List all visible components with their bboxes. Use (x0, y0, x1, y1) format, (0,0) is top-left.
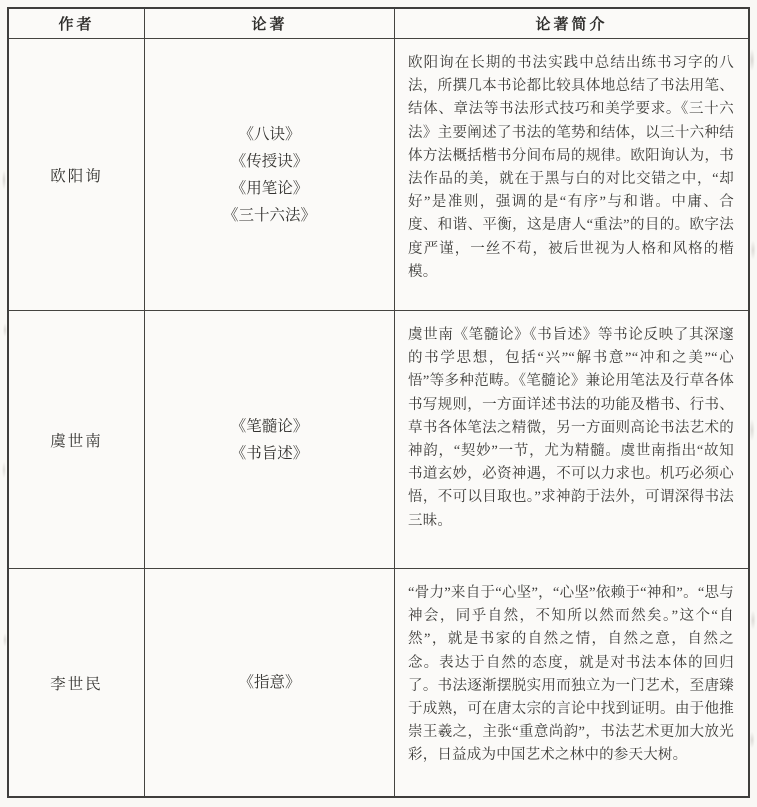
table-row-2-author-cell: 虞世南 (9, 311, 145, 569)
authors-works-table: 作者 论著 论著简介 欧阳询 《八诀》 《传授诀》 《用笔论》 《三十六法》 欧… (7, 7, 750, 798)
intro-text: 欧阳询在长期的书法实践中总结出练书习字的八法，所撰几本书论都比较具体地总结了书法… (408, 55, 734, 280)
work-title: 《三十六法》 (223, 202, 316, 229)
table-row-2-works-cell: 《笔髓论》 《书旨述》 (145, 311, 395, 569)
table-row-3-intro-cell: “骨力”来自于“心坚”，“心坚”依赖于“神和”。“思与神会，同乎自然，不知所以然… (395, 569, 748, 796)
header-works-label: 论著 (251, 13, 287, 34)
author-name: 虞世南 (50, 429, 103, 451)
header-cell-intro: 论著简介 (395, 9, 748, 39)
header-intro-label: 论著简介 (535, 13, 607, 34)
header-cell-works: 论著 (145, 9, 395, 39)
table-row-3-author-cell: 李世民 (9, 569, 145, 796)
work-title: 《书旨述》 (231, 440, 309, 467)
table-row-2-intro-cell: 虞世南《笔髓论》《书旨述》等书论反映了其深邃的书学思想，包括“兴”“解书意”“冲… (395, 311, 748, 569)
header-cell-author: 作者 (9, 9, 145, 39)
work-title: 《指意》 (238, 669, 300, 696)
intro-text: “骨力”来自于“心坚”，“心坚”依赖于“神和”。“思与神会，同乎自然，不知所以然… (408, 585, 734, 763)
author-name: 欧阳询 (50, 164, 103, 186)
work-title: 《用笔论》 (231, 175, 309, 202)
author-name: 李世民 (50, 672, 103, 694)
scanned-page: { "page": { "background": "#f9f8f5", "bo… (0, 0, 757, 807)
header-author-label: 作者 (58, 13, 94, 34)
intro-text: 虞世南《笔髓论》《书旨述》等书论反映了其深邃的书学思想，包括“兴”“解书意”“冲… (408, 327, 734, 529)
table-row-1-author-cell: 欧阳询 (9, 39, 145, 311)
work-title: 《传授诀》 (231, 148, 309, 175)
table-row-3-works-cell: 《指意》 (145, 569, 395, 796)
work-title: 《八诀》 (238, 121, 300, 148)
work-title: 《笔髓论》 (231, 413, 309, 440)
table-row-1-intro-cell: 欧阳询在长期的书法实践中总结出练书习字的八法，所撰几本书论都比较具体地总结了书法… (395, 39, 748, 311)
table-row-1-works-cell: 《八诀》 《传授诀》 《用笔论》 《三十六法》 (145, 39, 395, 311)
